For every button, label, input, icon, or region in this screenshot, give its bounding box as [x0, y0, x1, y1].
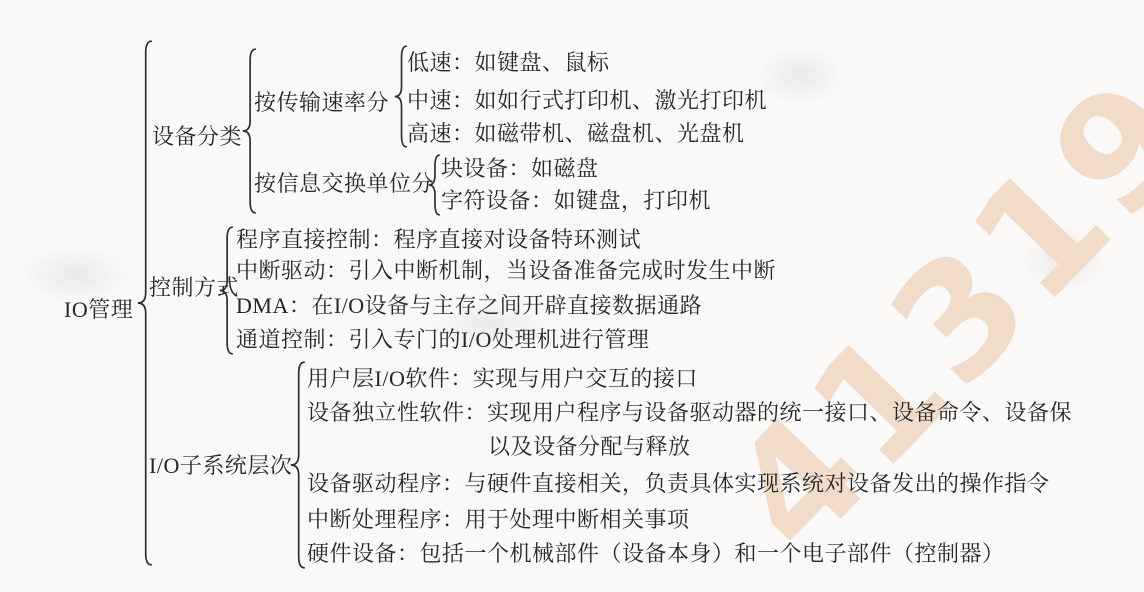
leaf-interrupt-driven: 中断驱动：引入中断机制，当设备准备完成时发生中断 [236, 258, 776, 284]
diagram-canvas: 41319 IO管理 设备分类 按传输速率分 低速：如键盘、鼠标 中速：如如行式… [0, 0, 1144, 592]
leaf-character-device: 字符设备：如键盘，打印机 [441, 188, 711, 214]
brace-io-subsystem-layers [290, 361, 305, 569]
leaf-device-independent-software-cont: 以及设备分配与释放 [488, 434, 691, 460]
branch-io-subsystem-layers: I/O子系统层次 [149, 453, 292, 479]
leaf-device-independent-software: 设备独立性软件：实现用户程序与设备驱动器的统一接口、设备命令、设备保 [307, 400, 1072, 426]
root-label-io-management: IO管理 [64, 297, 133, 323]
leaf-high-speed: 高速：如磁带机、磁盘机、光盘机 [407, 121, 745, 147]
branch-by-transfer-rate: 按传输速率分 [254, 90, 389, 116]
leaf-low-speed: 低速：如键盘、鼠标 [407, 50, 610, 76]
leaf-interrupt-handler: 中断处理程序：用于处理中断相关事项 [307, 507, 690, 533]
brace-by-exchange-unit [428, 154, 440, 216]
brace-control-methods [219, 226, 233, 355]
leaf-device-driver: 设备驱动程序：与硬件直接相关，负责具体实现系统对设备发出的操作指令 [307, 471, 1050, 497]
watermark-number: 41319 [695, 42, 1144, 587]
scan-smudge [755, 45, 845, 105]
leaf-hardware-device: 硬件设备：包括一个机械部件（设备本身）和一个电子部件（控制器） [307, 541, 1005, 567]
leaf-dma: DMA：在I/O设备与主存之间开辟直接数据通路 [236, 293, 702, 319]
branch-by-exchange-unit: 按信息交换单位分 [254, 171, 434, 197]
brace-io-management [137, 40, 152, 566]
leaf-channel-control: 通道控制：引入专门的I/O处理机进行管理 [236, 327, 649, 353]
leaf-user-layer-io-software: 用户层I/O软件：实现与用户交互的接口 [307, 366, 698, 392]
leaf-medium-speed: 中速：如如行式打印机、激光打印机 [407, 88, 767, 114]
scan-smudge [20, 245, 130, 305]
brace-by-transfer-rate [394, 45, 407, 148]
leaf-program-direct-control: 程序直接控制：程序直接对设备特环测试 [236, 227, 641, 253]
branch-device-classification: 设备分类 [152, 124, 242, 150]
leaf-block-device: 块设备：如磁盘 [441, 156, 599, 182]
